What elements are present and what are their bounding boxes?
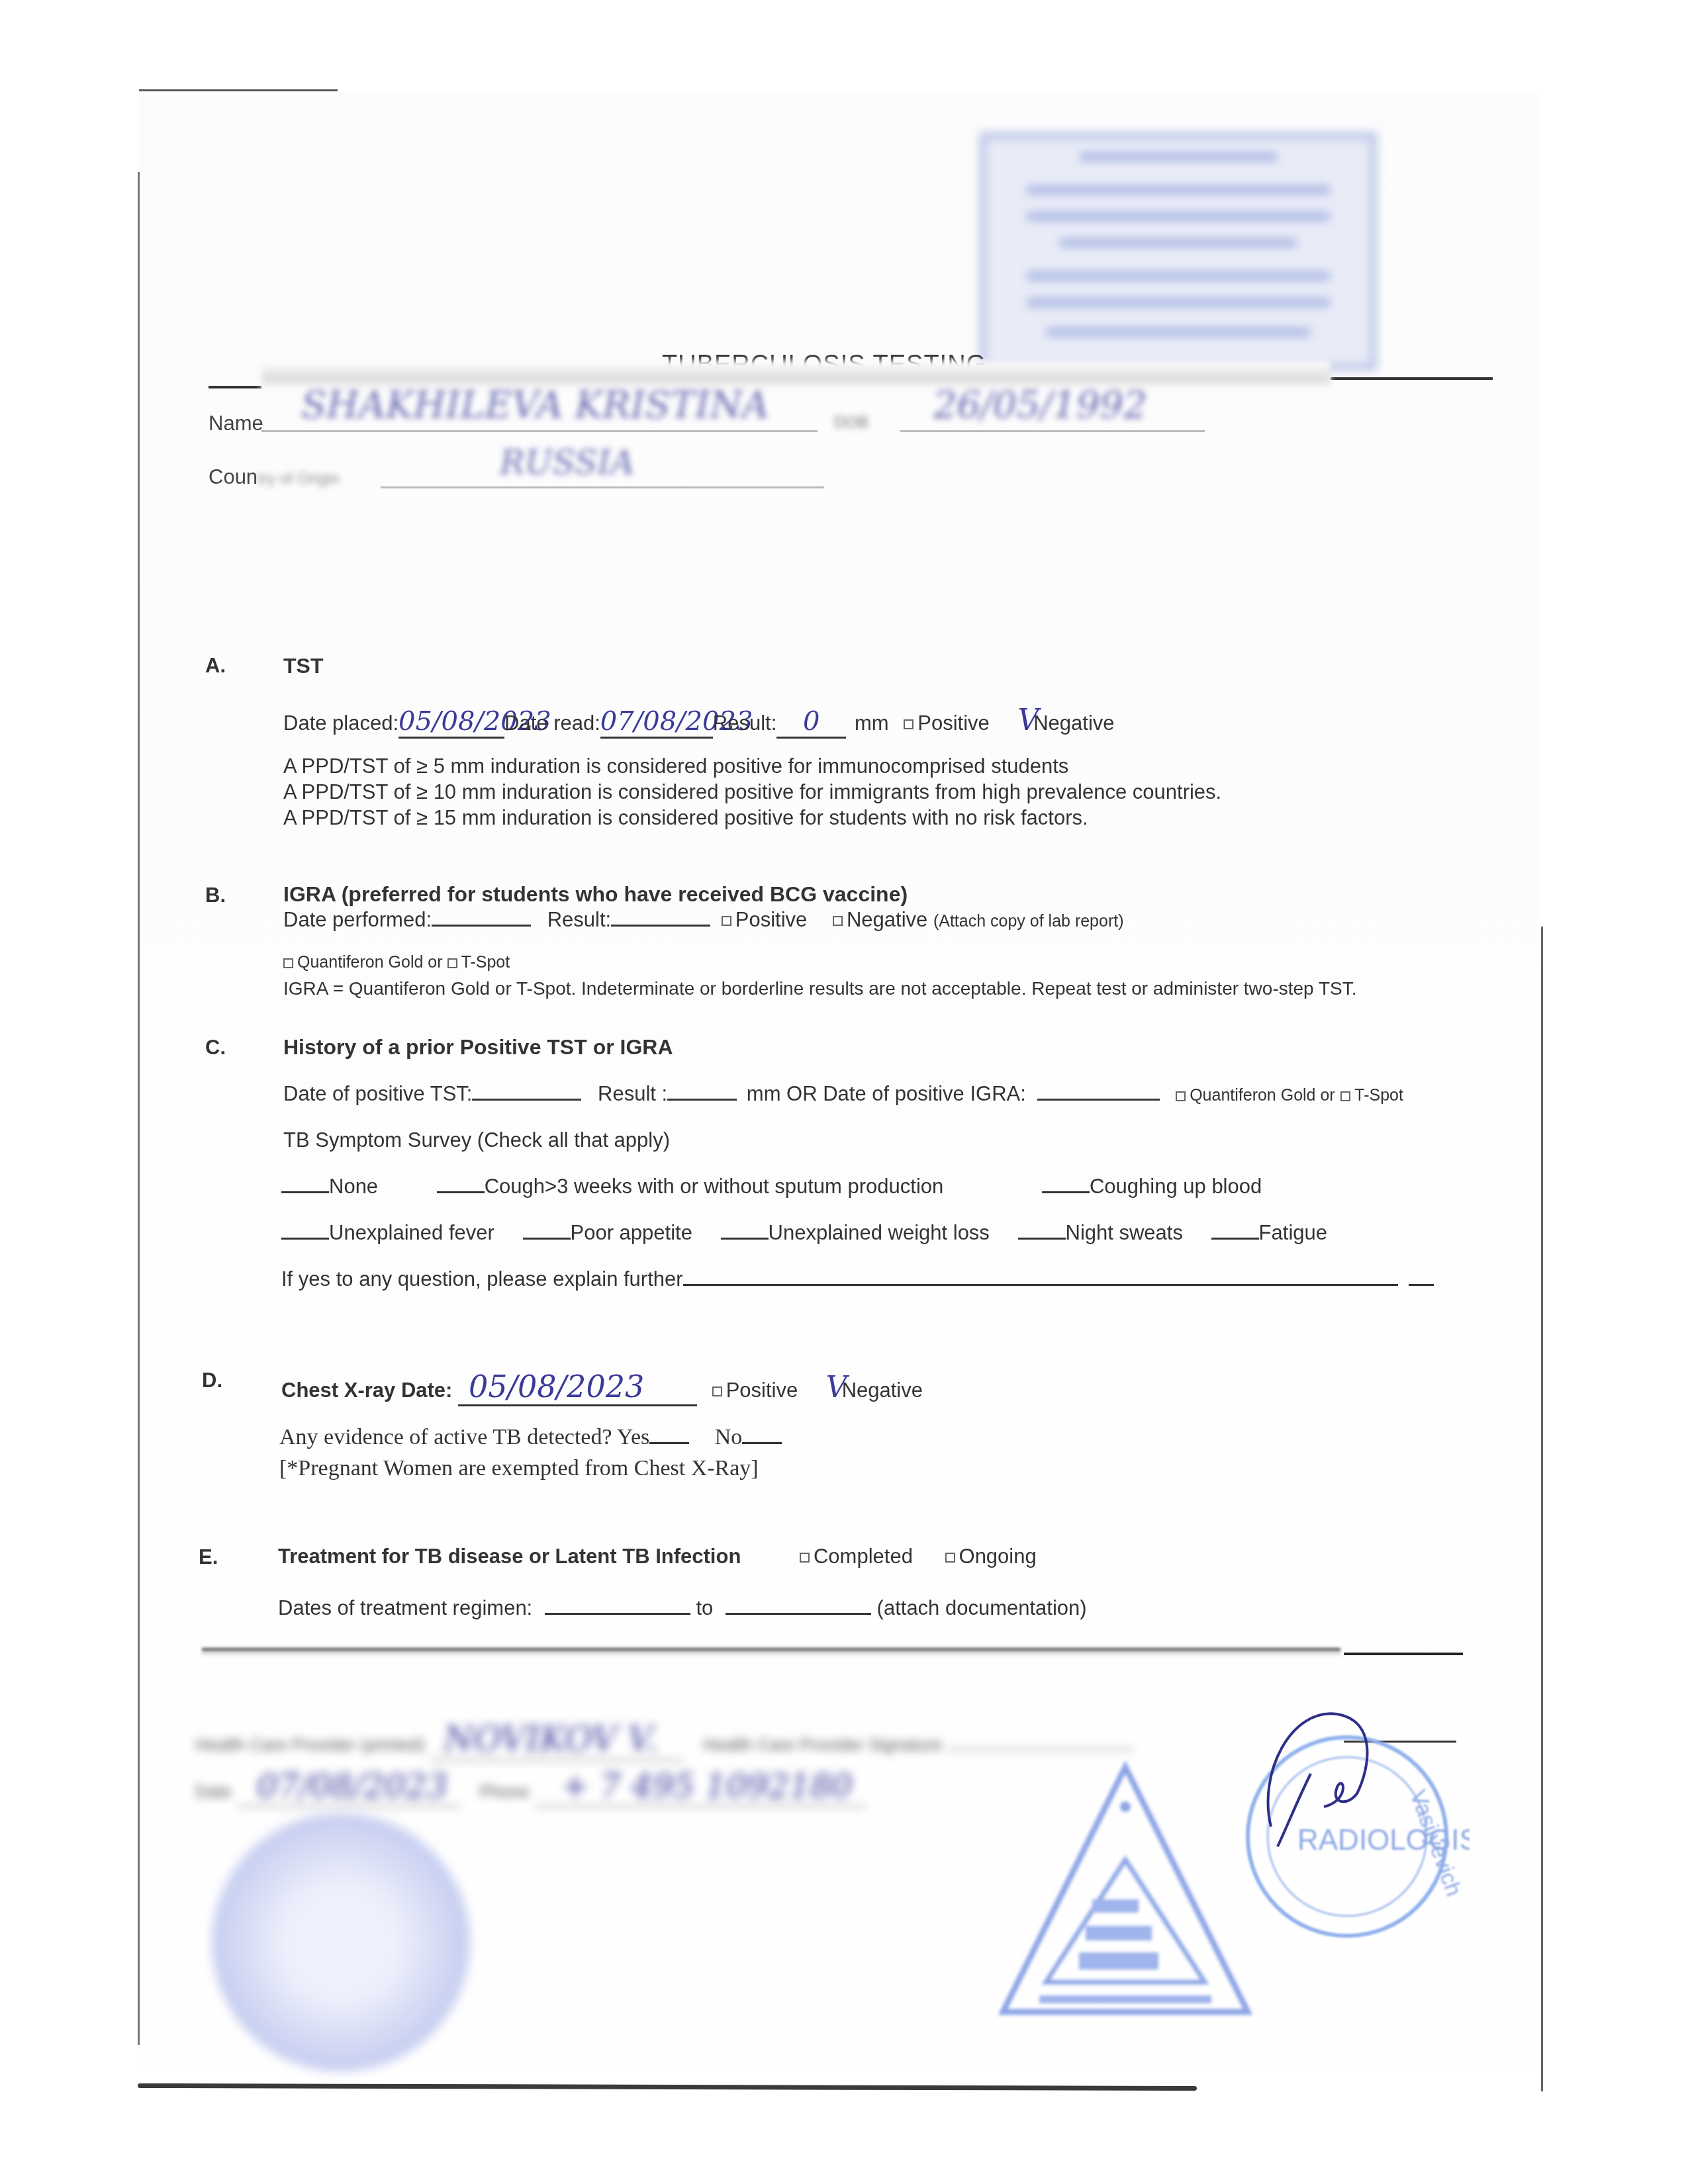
section-c-heading: History of a prior Positive TST or IGRA xyxy=(283,1035,673,1060)
date-performed-field[interactable] xyxy=(432,924,531,927)
name-field[interactable]: SHAKHILEVA KRISTINA xyxy=(261,384,818,432)
igra-note: IGRA = Quantiferon Gold or T-Spot. Indet… xyxy=(283,978,1356,999)
section-b-heading: IGRA (preferred for students who have re… xyxy=(283,882,908,907)
section-a-heading: TST xyxy=(283,654,323,678)
checkbox-icon xyxy=(283,958,293,968)
prior-positive-row: Date of positive TST: Result : mm OR Dat… xyxy=(283,1082,1403,1106)
attach-note: (Attach copy of lab report) xyxy=(933,912,1124,931)
attach-documentation-label: (attach documentation) xyxy=(877,1596,1087,1619)
tst-note: A PPD/TST of ≥ 15 mm induration is consi… xyxy=(283,805,1221,831)
footer-date-label: Date xyxy=(195,1782,232,1801)
treatment-dates-label: Dates of treatment regimen: xyxy=(278,1596,532,1619)
symptom-item[interactable]: Night sweats xyxy=(1018,1221,1183,1244)
explain-label: If yes to any question, please explain f… xyxy=(281,1267,683,1291)
symptom-row-2: Unexplained fever Poor appetite Unexplai… xyxy=(281,1221,1327,1245)
date-read-field[interactable]: 07/08/2023 xyxy=(600,706,713,739)
dob-value: 26/05/1992 xyxy=(933,384,1147,427)
date-positive-tst-label: Date of positive TST: xyxy=(283,1082,472,1105)
checkbox-icon xyxy=(447,958,457,968)
round-stamp-redacted xyxy=(212,1813,470,2071)
prior-result-label: Result : xyxy=(598,1082,667,1105)
dob-label: DOB xyxy=(834,414,868,432)
date-read-label: Date read: xyxy=(504,711,600,735)
date-positive-tst-field[interactable] xyxy=(472,1098,581,1101)
scan-edge-left xyxy=(138,172,140,2045)
provider-signature-label: Health Care Provider Signature xyxy=(703,1735,942,1754)
symptom-item[interactable]: Unexplained weight loss xyxy=(721,1221,990,1244)
symptom-item[interactable]: None xyxy=(281,1175,378,1198)
circle-stamp-signature-icon: RADIOLOGIST Vasilyevich xyxy=(1231,1694,1470,1946)
tst-result-row: Date placed:05/08/2023Date read:07/08/20… xyxy=(283,704,1115,739)
active-tb-question: Any evidence of active TB detected? Yes xyxy=(279,1425,649,1449)
treatment-to-label: to xyxy=(696,1596,713,1619)
active-tb-yes-field[interactable] xyxy=(649,1441,689,1444)
section-b-letter: B. xyxy=(205,884,226,907)
igra-negative-option[interactable]: Negative xyxy=(833,908,927,931)
symptom-survey-label: TB Symptom Survey (Check all that apply) xyxy=(283,1128,670,1152)
title-rule-right xyxy=(1331,377,1493,380)
date-placed-field[interactable]: 05/08/2023 xyxy=(399,706,504,739)
treatment-start-field[interactable] xyxy=(545,1612,690,1615)
tst-notes: A PPD/TST of ≥ 5 mm induration is consid… xyxy=(283,753,1221,831)
provider-printed-field[interactable]: NOVIKOV V. xyxy=(430,1719,684,1761)
positive-option[interactable]: Positive xyxy=(904,711,990,735)
chest-xray-row: Chest X-ray Date: 05/08/2023 Positive VN… xyxy=(281,1369,923,1406)
prior-tspot-option[interactable]: T-Spot xyxy=(1340,1086,1403,1105)
scan-edge-right xyxy=(1541,927,1543,2091)
igra-test-type: Quantiferon Gold or T-Spot xyxy=(283,953,510,972)
xray-negative-option[interactable]: VNegative xyxy=(826,1379,923,1402)
checkbox-icon xyxy=(712,1387,722,1396)
result-unit: mm xyxy=(855,711,889,735)
tst-note: A PPD/TST of ≥ 10 mm induration is consi… xyxy=(283,779,1221,805)
checkbox-icon xyxy=(945,1553,955,1563)
scan-edge-top xyxy=(139,89,338,91)
tst-note: A PPD/TST of ≥ 5 mm induration is consid… xyxy=(283,753,1221,779)
tspot-option[interactable]: T-Spot xyxy=(447,953,510,972)
footer-phone-label: Phone xyxy=(480,1782,530,1801)
quantiferon-option[interactable]: Quantiferon Gold or xyxy=(283,953,443,972)
negative-option[interactable]: VNegative xyxy=(1017,711,1114,735)
symptom-item[interactable]: Fatigue xyxy=(1211,1221,1327,1244)
completed-option[interactable]: Completed xyxy=(800,1545,913,1568)
checkbox-icon xyxy=(1340,1091,1350,1101)
provider-printed-label: Health Care Provider (printed) xyxy=(195,1735,425,1754)
section-e-letter: E. xyxy=(199,1545,218,1569)
date-performed-label: Date performed: xyxy=(283,908,432,931)
symptom-item[interactable]: Coughing up blood xyxy=(1042,1175,1262,1198)
prior-quantiferon-option[interactable]: Quantiferon Gold or xyxy=(1176,1086,1335,1105)
triangle-stamp-icon xyxy=(986,1747,1264,2025)
section-e-heading: Treatment for TB disease or Latent TB In… xyxy=(278,1545,741,1568)
name-value: SHAKHILEVA KRISTINA xyxy=(301,384,769,427)
chest-xray-date-field[interactable]: 05/08/2023 xyxy=(458,1369,697,1406)
igra-result-label: Result: xyxy=(547,908,611,931)
pregnant-exempt-note: [*Pregnant Women are exempted from Chest… xyxy=(279,1456,759,1481)
igra-result-field[interactable] xyxy=(611,924,710,927)
explain-row: If yes to any question, please explain f… xyxy=(281,1267,1434,1291)
section-a-letter: A. xyxy=(205,654,226,678)
title-rule-left xyxy=(209,386,261,388)
checkbox-icon xyxy=(1176,1091,1186,1101)
footer-date-field[interactable]: 07/08/2023 xyxy=(237,1767,461,1807)
active-tb-no-field[interactable] xyxy=(742,1441,782,1444)
result-field[interactable]: 0 xyxy=(776,706,846,739)
prior-result-field[interactable] xyxy=(667,1098,737,1101)
section-d-letter: D. xyxy=(202,1369,222,1392)
xray-positive-option[interactable]: Positive xyxy=(712,1379,798,1402)
section-d-heading: Chest X-ray Date: xyxy=(281,1379,452,1402)
explain-field[interactable] xyxy=(683,1283,1398,1286)
section-c-letter: C. xyxy=(205,1036,226,1060)
name-label: Name xyxy=(209,412,263,435)
date-positive-igra-field[interactable] xyxy=(1037,1098,1160,1101)
symptom-item[interactable]: Cough>3 weeks with or without sputum pro… xyxy=(437,1175,944,1198)
active-tb-no-label: No xyxy=(715,1425,743,1449)
clinic-stamp-redacted xyxy=(980,132,1377,371)
treatment-end-field[interactable] xyxy=(726,1612,871,1615)
ongoing-option[interactable]: Ongoing xyxy=(945,1545,1037,1568)
checkbox-icon xyxy=(800,1553,810,1563)
checkbox-icon xyxy=(904,719,914,729)
checkbox-icon xyxy=(722,916,731,926)
igra-result-row: Date performed: Result: Positive Negativ… xyxy=(283,908,1124,932)
prior-unit-or-igra-label: mm OR Date of positive IGRA: xyxy=(747,1082,1026,1105)
date-phone-row: Date 07/08/2023 Phone + 7 495 1092180 xyxy=(195,1767,866,1805)
explain-field-tail xyxy=(1409,1283,1434,1286)
symptom-item[interactable]: Poor appetite xyxy=(523,1221,692,1244)
treatment-dates-row: Dates of treatment regimen: to (attach d… xyxy=(278,1596,1087,1620)
date-placed-label: Date placed: xyxy=(283,711,399,735)
footer-divider-right xyxy=(1344,1653,1463,1655)
country-label: Country of Origin xyxy=(209,465,340,489)
igra-positive-option[interactable]: Positive xyxy=(722,908,808,931)
treatment-row: Treatment for TB disease or Latent TB In… xyxy=(278,1545,1037,1569)
symptom-item[interactable]: Unexplained fever xyxy=(281,1221,494,1244)
footer-divider xyxy=(202,1648,1340,1657)
dob-field[interactable]: 26/05/1992 xyxy=(900,384,1205,432)
footer-phone-field[interactable]: + 7 495 1092180 xyxy=(535,1767,866,1807)
symptom-row-1: None Cough>3 weeks with or without sputu… xyxy=(281,1175,1262,1199)
country-value: RUSSIA xyxy=(500,443,634,482)
active-tb-question-row: Any evidence of active TB detected? Yes … xyxy=(279,1425,782,1450)
checkbox-icon xyxy=(833,916,843,926)
result-label: Result: xyxy=(713,711,776,735)
country-field[interactable]: RUSSIA xyxy=(381,443,824,488)
